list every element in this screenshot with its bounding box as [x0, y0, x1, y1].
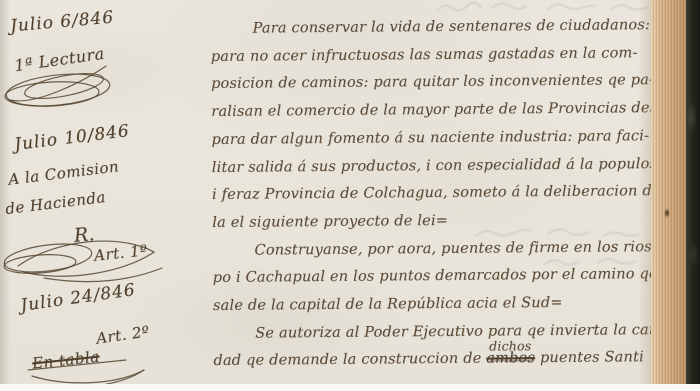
manuscript-scan: Julio 6/846 1ª Lectura Julio 10/846 A la… [0, 0, 700, 391]
manuscript-line: ralisan el comercio de la mayor parte de… [211, 95, 663, 127]
manuscript-paragraphs: Para conservar la vida de sentenares de … [210, 12, 665, 348]
manuscript-line: Construyanse, por aora, puentes de firme… [212, 234, 664, 266]
scan-left-shadow [0, 0, 10, 391]
manuscript-line: i feraz Provincia de Colchagua, someto á… [212, 178, 664, 210]
manuscript-line-final: dad qe demande la construccion de dichos… [213, 344, 665, 376]
rubric-scribble-icon [2, 62, 134, 114]
manuscript-line: Se autoriza al Poder Ejecutivo para qe i… [213, 317, 665, 349]
manuscript-line: para no acer infructuosas las sumas gast… [211, 40, 663, 72]
manuscript-line: litar salida á sus productos, i con espe… [212, 151, 664, 183]
manuscript-line: para dar algun fomento á su naciente ind… [211, 123, 663, 155]
book-page-edge [651, 0, 687, 391]
final-line-suffix: puentes Santi [535, 350, 644, 367]
book-binding [686, 0, 700, 391]
margin-date-1: Julio 6/846 [9, 7, 115, 36]
manuscript-body: Para conservar la vida de sentenares de … [210, 12, 665, 376]
manuscript-line: posicion de caminos: para quitar los inc… [211, 67, 663, 99]
manuscript-line: la el siguiente proyecto de lei= [212, 206, 664, 238]
margin-date-2: Julio 10/846 [13, 121, 131, 155]
inserted-word: dichos [489, 333, 531, 362]
manuscript-line: po i Cachapual en los puntos demarcados … [213, 261, 665, 293]
correction: dichosambos [486, 346, 535, 374]
manuscript-line: sale de la capital de la República acia … [213, 289, 665, 321]
final-line-prefix: dad qe demande la construccion de [213, 351, 486, 369]
margin-note-commission-2: de Hacienda [4, 188, 107, 218]
margin-article-2: Art. 2º [95, 322, 151, 347]
scan-bottom-border [0, 384, 700, 391]
margin-note-commission-1: A la Comision [7, 157, 120, 188]
page-edge-speck [664, 208, 670, 218]
manuscript-line: Para conservar la vida de sentenares de … [210, 12, 662, 44]
